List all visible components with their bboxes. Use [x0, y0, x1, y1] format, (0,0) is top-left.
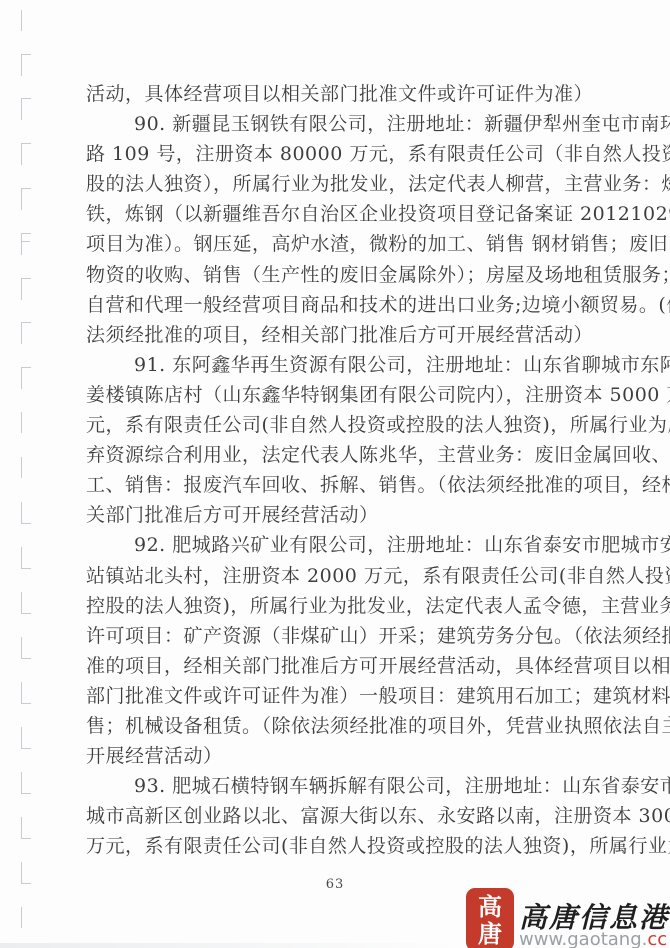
binder-mark — [21, 10, 31, 31]
text-line: 93. 肥城石横特钢车辆拆解有限公司，注册地址：山东省泰安市肥 — [86, 771, 608, 801]
watermark-url-prefix: www.gaotang. — [519, 929, 647, 948]
binder-mark — [21, 637, 31, 659]
binder-mark — [21, 547, 31, 569]
document-text: 活动，具体经营项目以相关部门批准文件或许可证件为准）90. 新疆昆玉钢铁有限公司… — [86, 79, 608, 861]
text-line: 元，系有限责任公司(非自然人投资或控股的法人独资)，所属行业为废 — [86, 410, 608, 440]
text-line: 工、销售：报废汽车回收、拆解、销售。（依法须经批准的项目，经相 — [86, 470, 608, 500]
binder-mark — [21, 54, 31, 76]
binder-mark — [21, 188, 31, 210]
text-line: 许可项目：矿产资源（非煤矿山）开采；建筑劳务分包。（依法须经批 — [86, 621, 608, 651]
text-line: 92. 肥城路兴矿业有限公司，注册地址：山东省泰安市肥城市安临 — [86, 530, 608, 560]
binder-mark — [21, 233, 31, 255]
text-line: 姜楼镇陈店村（山东鑫华特钢集团有限公司院内），注册资本 5000 万 — [86, 380, 608, 410]
text-line: 路 109 号，注册资本 80000 万元，系有限责任公司（非自然人投资或控 — [86, 139, 608, 169]
binder-mark — [21, 322, 31, 344]
seal-char-top: 高 — [478, 893, 502, 920]
text-line: 股的法人独资），所属行业为批发业，法定代表人柳营，主营业务：炼 — [86, 169, 608, 199]
text-line: 90. 新疆昆玉钢铁有限公司，注册地址：新疆伊犁州奎屯市南环东 — [86, 109, 608, 139]
binder-mark — [21, 907, 31, 928]
binder-mark — [21, 592, 31, 614]
binder-mark — [21, 98, 31, 120]
text-line: 铁，炼钢（以新疆维吾尔自治区企业投资项目登记备案证 20121029 的 — [86, 199, 608, 229]
watermark-url: www.gaotang.cc — [519, 931, 670, 948]
binder-mark — [21, 727, 31, 749]
text-line: 弃资源综合利用业，法定代表人陈兆华，主营业务：废旧金属回收、加 — [86, 440, 608, 470]
text-line: 城市高新区创业路以北、富源大街以东、永安路以南，注册资本 3000 — [86, 801, 608, 831]
watermark-text-group: 高唐信息港 www.gaotang.cc — [519, 901, 670, 948]
binder-mark — [21, 772, 31, 794]
watermark: 高 唐 高唐信息港 www.gaotang.cc — [466, 888, 670, 948]
scanned-document-page: 活动，具体经营项目以相关部门批准文件或许可证件为准）90. 新疆昆玉钢铁有限公司… — [0, 0, 670, 948]
binder-mark — [21, 682, 31, 704]
text-line: 控股的法人独资)，所属行业为批发业，法定代表人孟令德，主营业务： — [86, 591, 608, 621]
text-line: 自营和代理一般经营项目商品和技术的进出口业务;边境小额贸易。(依 — [86, 290, 608, 320]
binder-mark — [21, 817, 31, 839]
gaotang-seal: 高 唐 — [466, 888, 514, 948]
text-line: 准的项目，经相关部门批准后方可开展经营活动，具体经营项目以相关 — [86, 651, 608, 681]
binder-mark — [21, 502, 31, 524]
text-line: 开展经营活动） — [86, 741, 608, 771]
text-line: 部门批准文件或许可证件为准）一般项目：建筑用石加工；建筑材料销 — [86, 681, 608, 711]
text-line: 万元，系有限责任公司(非自然人投资或控股的法人独资)，所属行业为 — [86, 831, 608, 861]
binder-mark — [21, 457, 31, 478]
seal-char-bottom: 唐 — [478, 920, 502, 947]
binder-mark — [21, 278, 31, 300]
text-line: 物资的收购、销售（生产性的废旧金属除外）；房屋及场地租赁服务； — [86, 260, 608, 290]
text-line: 91. 东阿鑫华再生资源有限公司，注册地址：山东省聊城市东阿县 — [86, 350, 608, 380]
binder-mark — [21, 367, 31, 389]
binder-mark — [21, 143, 31, 165]
text-line: 售；机械设备租赁。（除依法须经批准的项目外，凭营业执照依法自主 — [86, 711, 608, 741]
text-line: 项目为准）。钢压延，高炉水渣，微粉的加工、销售 钢材销售；废旧 — [86, 229, 608, 259]
text-line: 关部门批准后方可开展经营活动） — [86, 500, 608, 530]
text-line: 站镇站北头村，注册资本 2000 万元，系有限责任公司(非自然人投资或 — [86, 561, 608, 591]
text-line: 法须经批准的项目，经相关部门批准后方可开展经营活动） — [86, 320, 608, 350]
binder-mark — [21, 412, 31, 433]
scan-smudge — [0, 943, 460, 948]
text-line: 活动，具体经营项目以相关部门批准文件或许可证件为准） — [86, 79, 608, 109]
watermark-url-suffix: cc — [647, 929, 667, 948]
